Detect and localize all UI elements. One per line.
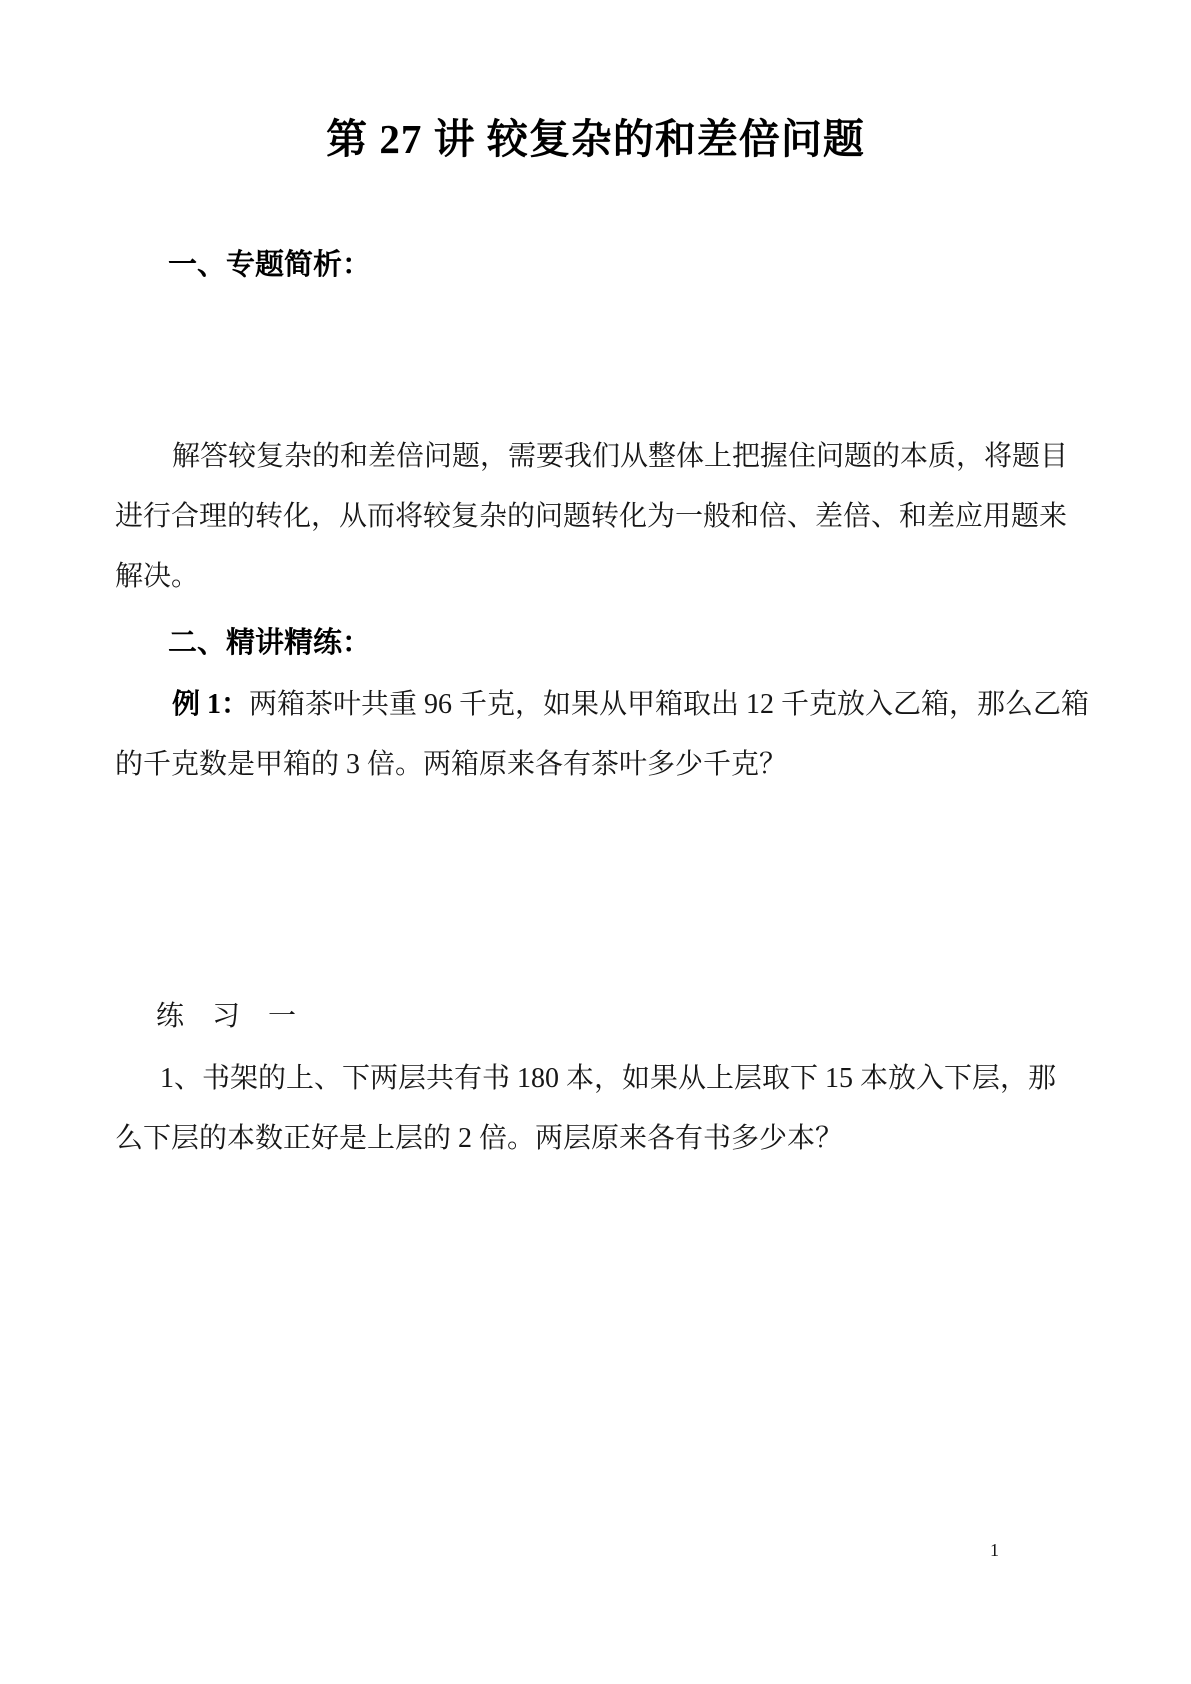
- document-page: 第 27 讲 较复杂的和差倍问题 一、专题简析： 解答较复杂的和差倍问题，需要我…: [0, 0, 1191, 1684]
- practice-problem1-line-1: 1、书架的上、下两层共有书 180 本，如果从上层取下 15 本放入下层，那: [160, 1062, 1140, 1096]
- intro-line-3: 解决。: [115, 560, 1095, 594]
- document-title: 第 27 讲 较复杂的和差倍问题: [0, 106, 1191, 165]
- intro-line-2: 进行合理的转化，从而将较复杂的问题转化为一般和倍、差倍、和差应用题来: [115, 500, 1095, 534]
- practice-problem1-line-2: 么下层的本数正好是上层的 2 倍。两层原来各有书多少本？: [115, 1122, 1095, 1156]
- section1-heading: 一、专题简析：: [168, 248, 1148, 282]
- section2-heading: 二、精讲精练：: [168, 626, 1148, 660]
- example1-label: 例 1：: [172, 689, 249, 720]
- practice-heading: 练 习 一: [156, 1000, 1136, 1034]
- example1-text: 两箱茶叶共重 96 千克，如果从甲箱取出 12 千克放入乙箱，那么乙箱: [249, 689, 1089, 720]
- example1-line-1: 例 1：两箱茶叶共重 96 千克，如果从甲箱取出 12 千克放入乙箱，那么乙箱: [172, 688, 1152, 722]
- example1-line-2: 的千克数是甲箱的 3 倍。两箱原来各有茶叶多少千克？: [115, 748, 1095, 782]
- intro-line-1: 解答较复杂的和差倍问题，需要我们从整体上把握住问题的本质，将题目: [172, 440, 1152, 474]
- page-number: 1: [990, 1540, 999, 1561]
